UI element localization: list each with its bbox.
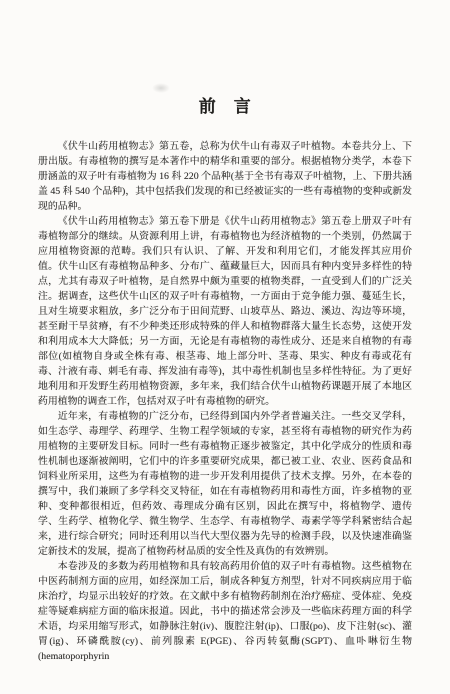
scan-artifact [152,83,170,93]
book-preface-page: 前 言 《伏牛山药用植物志》第五卷，总称为伏牛山有毒双子叶植物。本卷共分上、下册… [0,0,450,694]
preface-paragraph-3: 近年来，有毒植物的广泛分布，已经得到国内外学者普遍关注。一些交叉学科，如生态学、… [38,409,412,559]
page-title: 前 言 [0,98,450,116]
preface-paragraph-1: 《伏牛山药用植物志》第五卷，总称为伏牛山有毒双子叶植物。本卷共分上、下册出版。有… [38,139,412,214]
preface-paragraph-4: 本卷涉及的多数为药用植物和具有较高药用价值的双子叶有毒植物。这些植物在中医药制剂… [38,559,412,664]
preface-body: 《伏牛山药用植物志》第五卷，总称为伏牛山有毒双子叶植物。本卷共分上、下册出版。有… [38,139,412,664]
preface-paragraph-2: 《伏牛山药用植物志》第五卷下册是《伏牛山药用植物志》第五卷上册双子叶有毒植物部分… [38,214,412,409]
